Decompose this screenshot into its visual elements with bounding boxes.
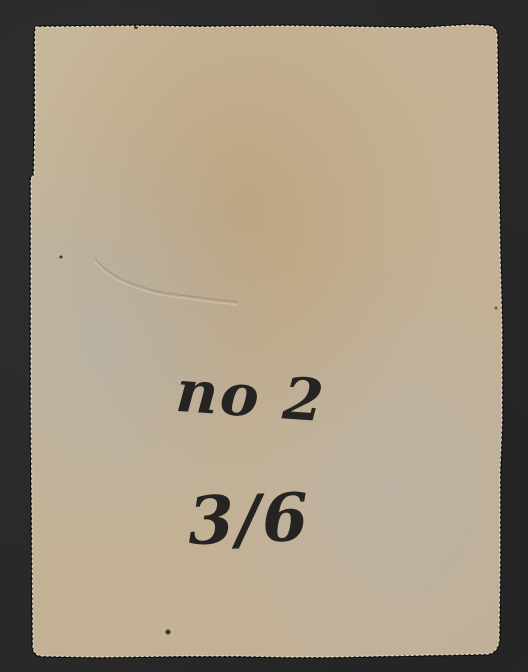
stamp-paper <box>0 0 528 672</box>
stamp-back: no 2 3/6 <box>0 0 528 672</box>
handwritten-number: no 2 <box>174 357 328 435</box>
handwritten-price: 3/6 <box>187 478 312 560</box>
